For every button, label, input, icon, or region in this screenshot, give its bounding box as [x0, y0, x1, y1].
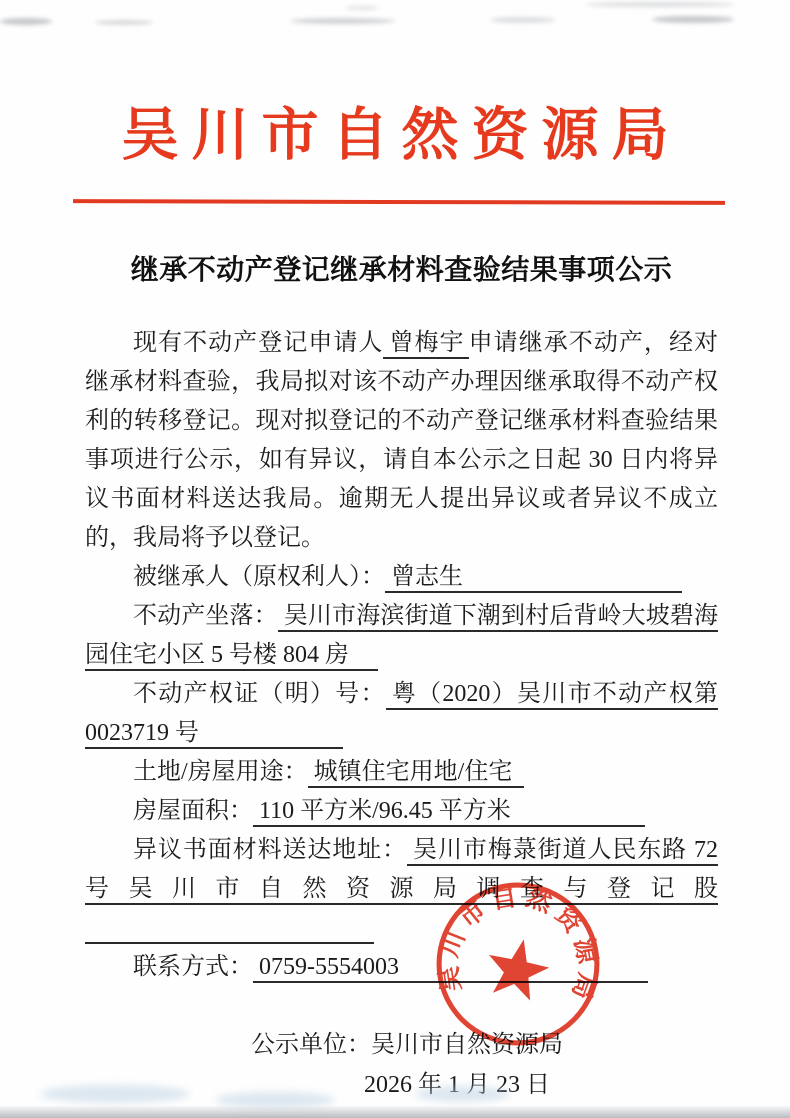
scan-bottom-shadow: [0, 1106, 790, 1118]
document-page: 吴川市自然资源局 继承不动产登记继承材料查验结果事项公示 现有不动产登记申请人曾…: [0, 0, 790, 1118]
field-value: 城镇住宅用地/住宅: [314, 759, 513, 785]
issuer-label: 公示单位：: [251, 1032, 371, 1058]
publish-date: 2026 年 1 月 23 日: [85, 1065, 718, 1105]
notice-title: 继承不动产登记继承材料查验结果事项公示: [85, 248, 718, 288]
notice-body: 现有不动产登记申请人曾梅宇申请继承不动产，经对继承材料查验，我局拟对该不动产办理…: [85, 324, 718, 987]
scan-artifact: [652, 16, 734, 23]
field-row-location: 不动产坐落：吴川市海滨街道下潮到村后背岭大坡碧海园住宅小区 5 号楼 804 房: [85, 597, 718, 675]
field-row-usage: 土地/房屋用途：城镇住宅用地/住宅: [85, 753, 718, 792]
scan-artifact: [415, 1086, 510, 1102]
red-divider: [73, 199, 725, 205]
field-value: 0759-5554003: [259, 954, 399, 980]
field-row-contact: 联系方式：0759-5554003: [85, 948, 718, 987]
document-content: 吴川市自然资源局 继承不动产登记继承材料查验结果事项公示 现有不动产登记申请人曾…: [0, 96, 790, 1105]
field-row-certificate-no: 不动产权证（明）号：粤（2020）吴川市不动产权第 0023719 号: [85, 675, 718, 753]
field-label: 房屋面积：: [133, 798, 253, 824]
field-value: 110 平方米/96.45 平方米: [259, 798, 511, 824]
field-label: 联系方式：: [133, 954, 253, 980]
scan-artifact: [290, 18, 395, 24]
field-row-area: 房屋面积：110 平方米/96.45 平方米: [85, 792, 718, 831]
field-row-objection-address: 异议书面材料送达地址：吴川市梅菉街道人民东路 72 号吴川市自然资源局调查与登记…: [85, 831, 718, 948]
underline-extension: [511, 817, 641, 818]
field-value: 曾志生: [391, 564, 463, 590]
scan-artifact: [585, 2, 735, 7]
underline-extension: [199, 739, 339, 740]
seal-star-icon: [481, 933, 553, 1003]
field-row-decedent: 被继承人（原权利人）：曾志生: [85, 558, 718, 597]
agency-title: 吴川市自然资源局: [85, 96, 718, 176]
issuer-line: 公示单位：吴川市自然资源局: [85, 1025, 718, 1065]
underline-extension: [512, 778, 520, 779]
field-label: 被继承人（原权利人）：: [133, 564, 385, 590]
seal-arc-text: 吴川市自然资源局: [434, 882, 602, 1009]
intro-paragraph: 现有不动产登记申请人曾梅宇申请继承不动产，经对继承材料查验，我局拟对该不动产办理…: [85, 324, 718, 558]
intro-pre: 现有不动产登记申请人: [133, 330, 383, 356]
scan-artifact: [490, 17, 556, 23]
underline-extension: [85, 934, 370, 935]
applicant-name: 曾梅宇: [383, 330, 468, 359]
scan-artifact: [345, 6, 379, 10]
scan-artifact: [40, 1085, 190, 1103]
underline-extension: [349, 661, 374, 662]
field-label: 不动产坐落：: [133, 603, 278, 629]
scan-artifact: [95, 20, 153, 25]
scan-artifact: [0, 18, 52, 25]
field-label: 土地/房屋用途：: [133, 759, 308, 785]
underline-extension: [463, 583, 678, 584]
official-seal: 吴川市自然资源局: [432, 878, 604, 1050]
field-label: 不动产权证（明）号：: [133, 681, 386, 707]
intro-post: 申请继承不动产，经对继承材料查验，我局拟对该不动产办理因继承取得不动产权利的转移…: [85, 330, 718, 551]
field-label: 异议书面材料送达地址：: [133, 837, 407, 863]
